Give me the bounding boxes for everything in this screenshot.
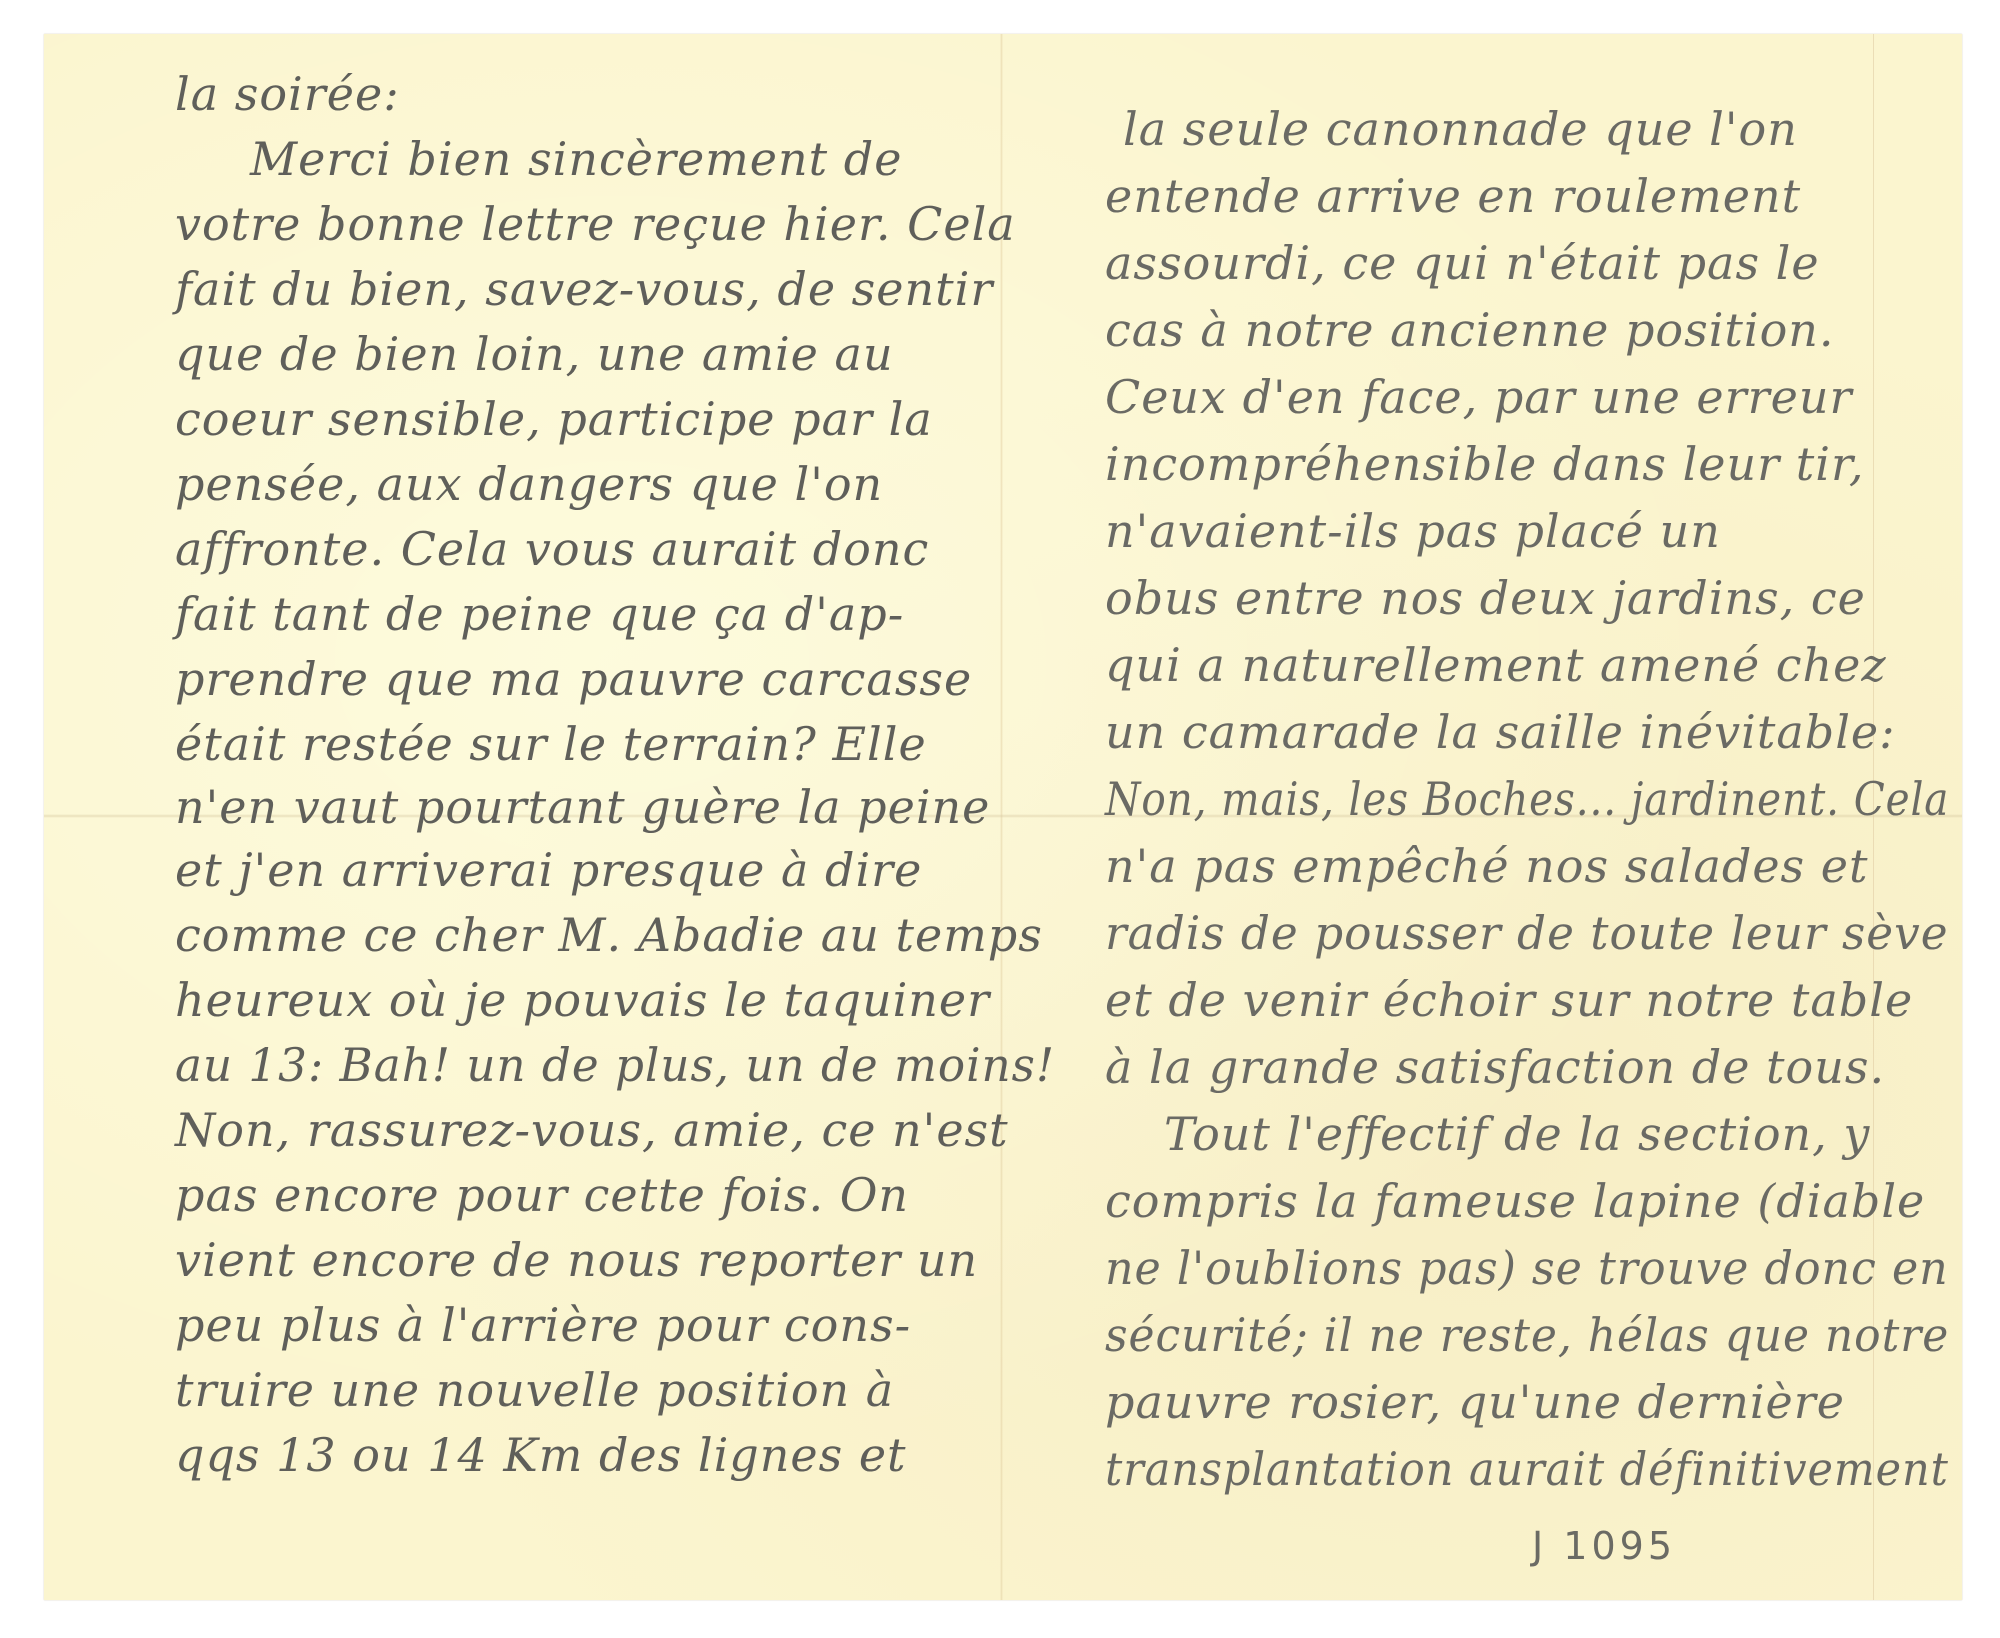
- text-line: cas à notre ancienne position.: [1105, 307, 1835, 353]
- text-line: un camarade la saille inévitable:: [1105, 709, 1896, 755]
- text-line: qqs 13 ou 14 Km des lignes et: [175, 1432, 907, 1478]
- text-line: Non, mais, les Boches... jardinent. Cela: [1105, 776, 1949, 822]
- text-line: Non, rassurez-vous, amie, ce n'est: [175, 1107, 1009, 1153]
- text-line: pas encore pour cette fois. On: [175, 1172, 909, 1218]
- text-line: était restée sur le terrain? Elle: [175, 721, 927, 767]
- text-line: n'a pas empêché nos salades et: [1105, 843, 1868, 889]
- text-line: la seule canonnade que l'on: [1123, 106, 1798, 152]
- text-line: truire une nouvelle position à: [175, 1367, 894, 1413]
- text-line: et de venir échoir sur notre table: [1105, 977, 1913, 1023]
- catalog-number: J 1095: [1532, 1524, 1676, 1568]
- text-line: n'en vaut pourtant guère la peine: [175, 784, 990, 830]
- text-line: sécurité; il ne reste, hélas que notre: [1105, 1312, 1949, 1358]
- text-line: coeur sensible, participe par la: [175, 396, 933, 442]
- text-line: comme ce cher M. Abadie au temps: [175, 912, 1043, 958]
- text-line: pauvre rosier, qu'une dernière: [1105, 1379, 1845, 1425]
- text-line: au 13: Bah! un de plus, un de moins!: [175, 1042, 1055, 1088]
- text-line: compris la fameuse lapine (diable: [1105, 1178, 1925, 1224]
- text-line: obus entre nos deux jardins, ce: [1105, 575, 1866, 621]
- text-line: fait tant de peine que ça d'ap-: [175, 591, 904, 637]
- text-line: fait du bien, savez-vous, de sentir: [175, 266, 993, 312]
- text-line: qui a naturellement amené chez: [1105, 642, 1887, 688]
- text-line: heureux où je pouvais le taquiner: [175, 977, 990, 1023]
- text-line: ne l'oublions pas) se trouve donc en: [1105, 1245, 1949, 1291]
- text-line: votre bonne lettre reçue hier. Cela: [175, 201, 1016, 247]
- text-line: affronte. Cela vous aurait donc: [175, 526, 929, 572]
- text-line: peu plus à l'arrière pour cons-: [175, 1302, 911, 1348]
- text-line: la soirée:: [175, 71, 400, 117]
- text-line: Ceux d'en face, par une erreur: [1105, 374, 1852, 420]
- text-line: vient encore de nous reporter un: [175, 1237, 978, 1283]
- text-line: prendre que ma pauvre carcasse: [175, 656, 972, 702]
- text-line: incompréhensible dans leur tir,: [1105, 441, 1865, 487]
- text-line: pensée, aux dangers que l'on: [175, 461, 883, 507]
- text-line: à la grande satisfaction de tous.: [1105, 1044, 1885, 1090]
- text-line: Merci bien sincèrement de: [250, 136, 902, 182]
- text-line: assourdi, ce qui n'était pas le: [1105, 240, 1820, 286]
- text-line: radis de pousser de toute leur sève: [1105, 910, 1949, 956]
- text-line: entende arrive en roulement: [1105, 173, 1801, 219]
- text-line: transplantation aurait définitivement: [1105, 1446, 1949, 1492]
- text-line: n'avaient-ils pas placé un: [1105, 508, 1721, 554]
- text-line: Tout l'effectif de la section, y: [1164, 1111, 1870, 1157]
- text-line: que de bien loin, une amie au: [175, 331, 894, 377]
- text-line: et j'en arriverai presque à dire: [175, 847, 922, 893]
- letter-sheet: la soirée: Merci bien sincèrement de vot…: [44, 34, 1962, 1600]
